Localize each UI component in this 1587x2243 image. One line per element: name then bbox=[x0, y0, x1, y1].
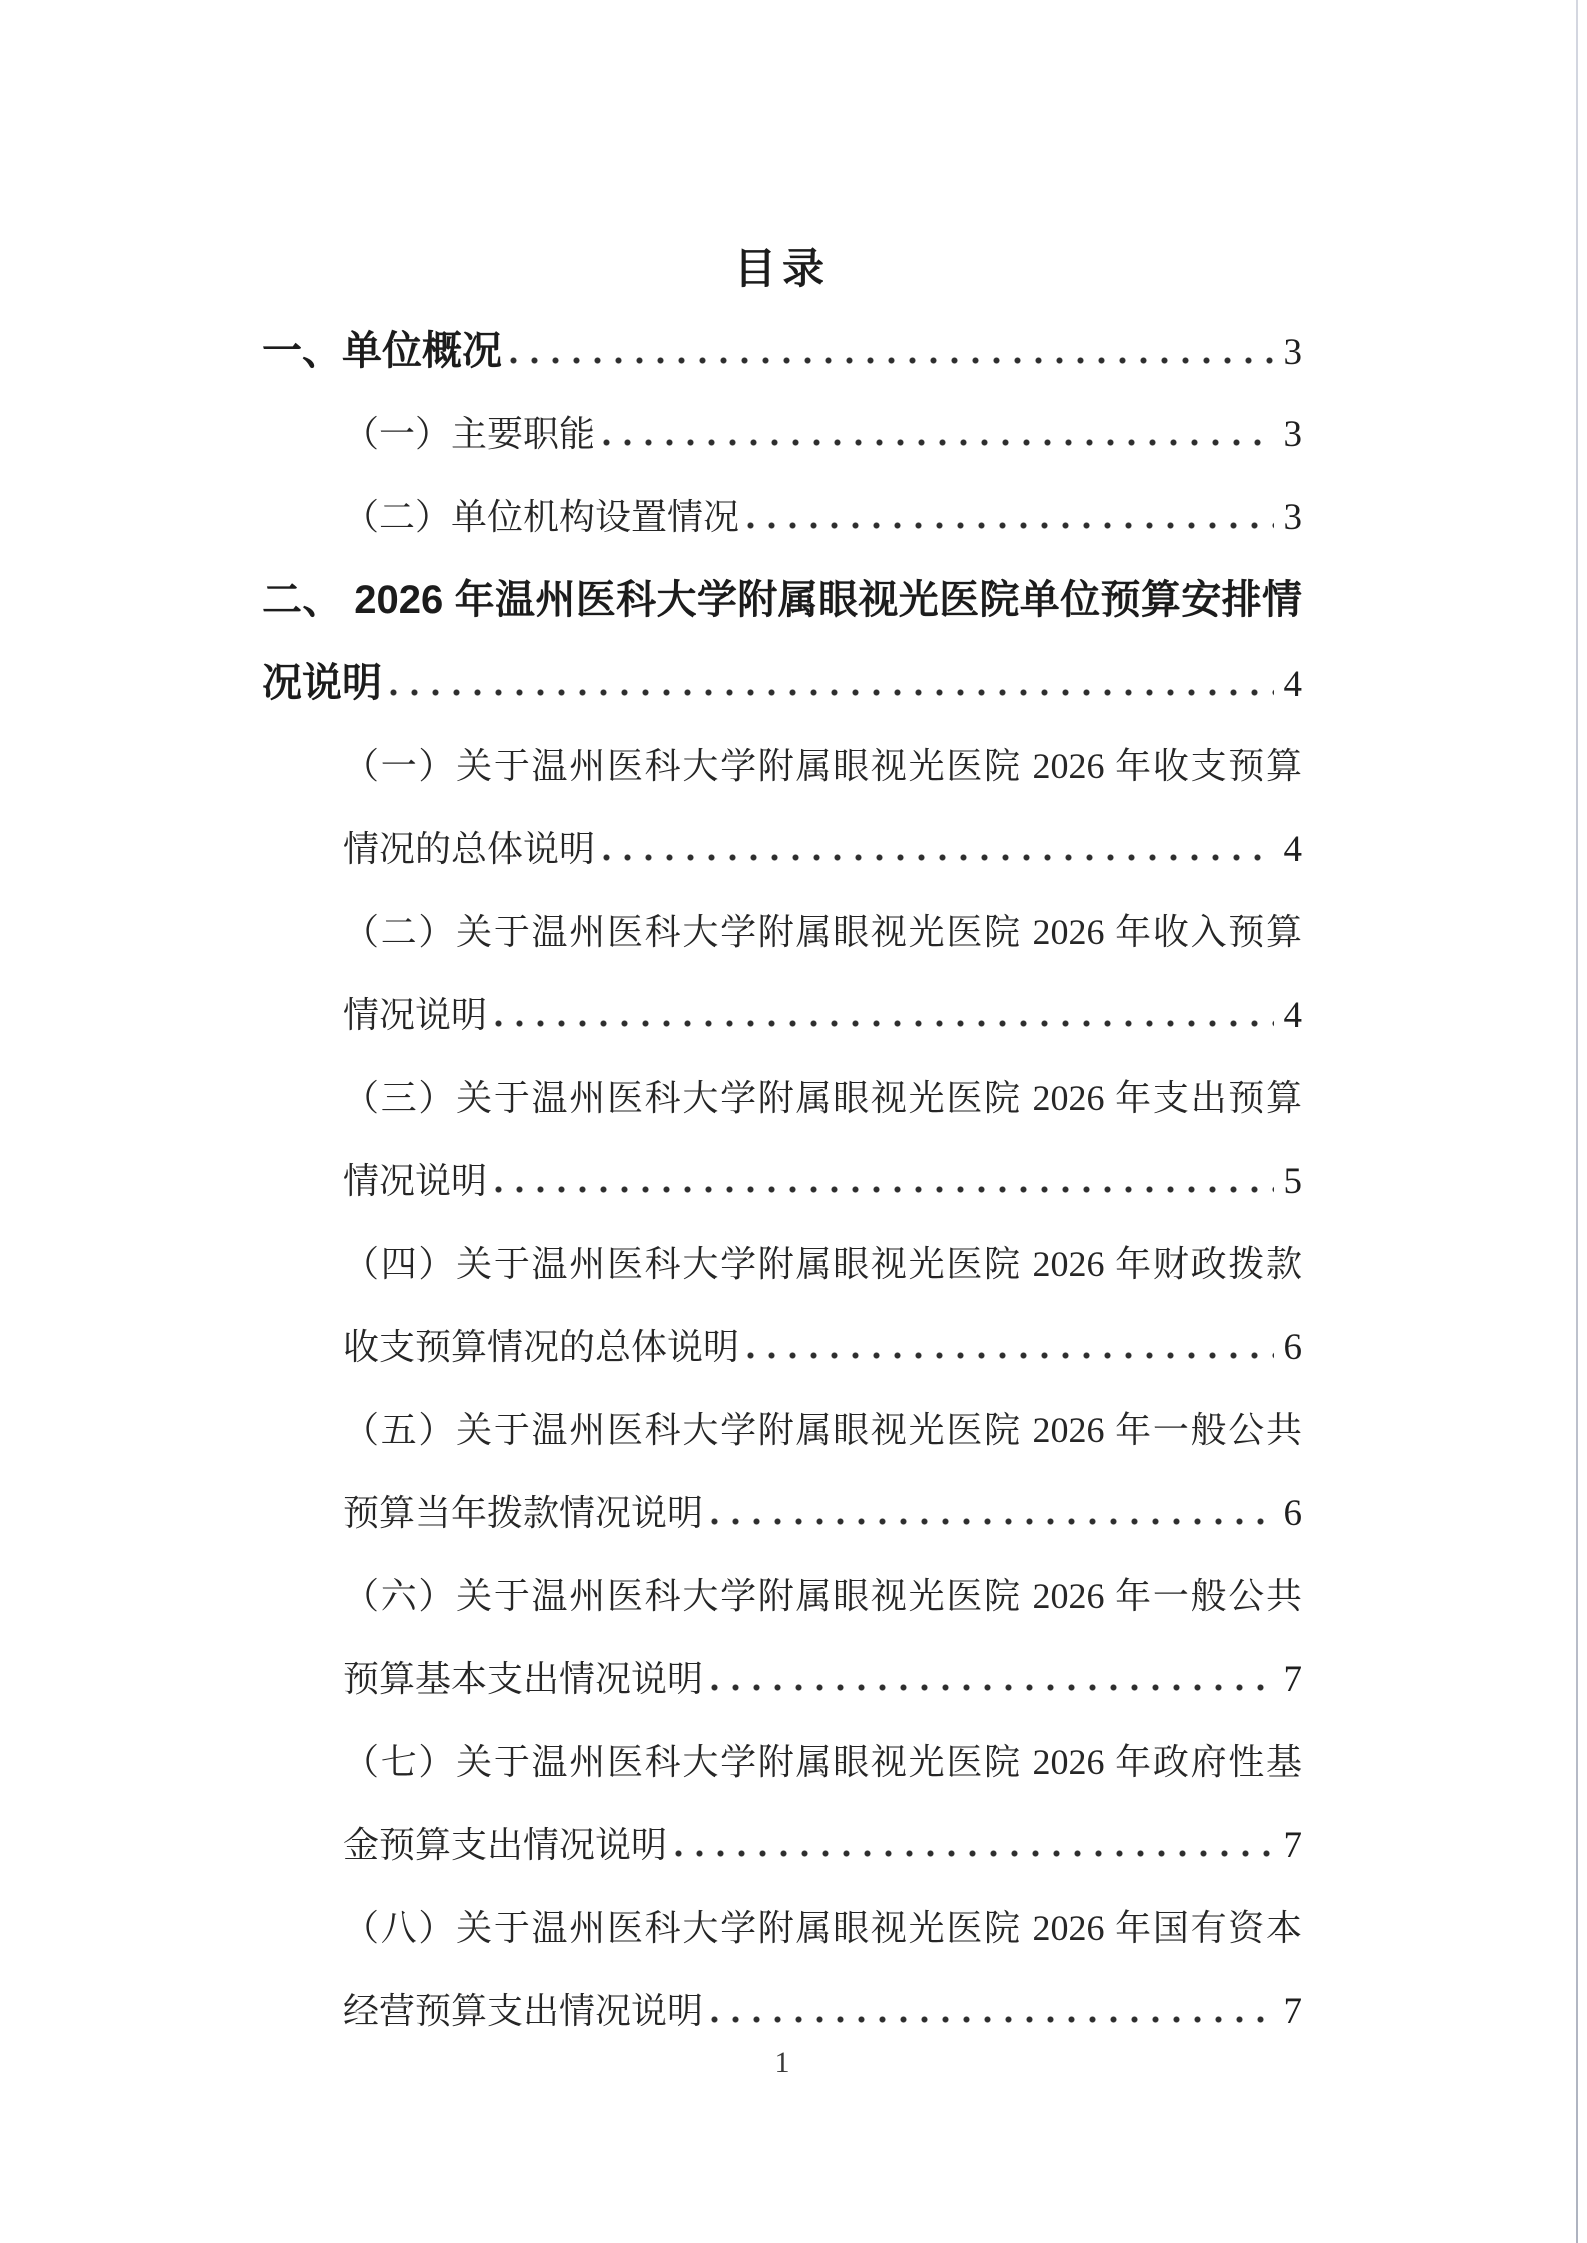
toc-entry-text: （五）关于温州医科大学附属眼视光医院 2026 年一般公共 bbox=[343, 1389, 1302, 1472]
toc-entry-text: 况说明 bbox=[262, 642, 382, 725]
toc-entry-text: 金预算支出情况说明 bbox=[343, 1804, 667, 1887]
toc-entry-text: 情况说明 bbox=[343, 1140, 487, 1223]
dot-leader bbox=[675, 1850, 1273, 1857]
toc-entry-text: 一、单位概况 bbox=[262, 310, 502, 393]
dot-leader bbox=[390, 689, 1274, 696]
toc-title: 目录 bbox=[262, 236, 1302, 296]
toc-entry-line: （二）关于温州医科大学附属眼视光医院 2026 年收入预算 bbox=[262, 891, 1302, 974]
toc-entry-line: （一）主要职能3 bbox=[262, 393, 1302, 476]
toc-entry-line: （二）单位机构设置情况3 bbox=[262, 476, 1302, 559]
toc-page-number: 4 bbox=[1284, 808, 1303, 891]
document-page: 目录 一、单位概况3（一）主要职能3（二）单位机构设置情况3二、 2026 年温… bbox=[262, 0, 1302, 2243]
toc-entry-text: （三）关于温州医科大学附属眼视光医院 2026 年支出预算 bbox=[343, 1057, 1302, 1140]
dot-leader bbox=[603, 439, 1273, 446]
dot-leader bbox=[603, 854, 1273, 861]
toc-entry-text: （四）关于温州医科大学附属眼视光医院 2026 年财政拨款 bbox=[343, 1223, 1302, 1306]
toc-entry-line: 情况说明4 bbox=[262, 974, 1302, 1057]
toc-entry-text: 经营预算支出情况说明 bbox=[343, 1970, 703, 2053]
toc-entry-line: （四）关于温州医科大学附属眼视光医院 2026 年财政拨款 bbox=[262, 1223, 1302, 1306]
dot-leader bbox=[711, 2016, 1273, 2023]
dot-leader bbox=[510, 357, 1274, 364]
toc-entry-text: （一）关于温州医科大学附属眼视光医院 2026 年收支预算 bbox=[343, 725, 1302, 808]
toc-page-number: 5 bbox=[1284, 1140, 1303, 1223]
toc-page-number: 4 bbox=[1284, 974, 1303, 1057]
footer-page-number: 1 bbox=[262, 2046, 1302, 2080]
toc-page-number: 6 bbox=[1284, 1472, 1303, 1555]
toc-entry-text: 预算基本支出情况说明 bbox=[343, 1638, 703, 1721]
toc-entry-line: （一）关于温州医科大学附属眼视光医院 2026 年收支预算 bbox=[262, 725, 1302, 808]
toc-entry-line: （六）关于温州医科大学附属眼视光医院 2026 年一般公共 bbox=[262, 1555, 1302, 1638]
toc-entry-line: （八）关于温州医科大学附属眼视光医院 2026 年国有资本 bbox=[262, 1887, 1302, 1970]
dot-leader bbox=[711, 1518, 1273, 1525]
toc-entry-line: 况说明4 bbox=[262, 642, 1302, 725]
toc-entry-text: （一）主要职能 bbox=[343, 393, 595, 476]
toc-entry-line: 情况说明5 bbox=[262, 1140, 1302, 1223]
toc-page-number: 4 bbox=[1284, 643, 1303, 726]
toc-entry-line: 一、单位概况3 bbox=[262, 310, 1302, 393]
toc-entry-line: （七）关于温州医科大学附属眼视光医院 2026 年政府性基 bbox=[262, 1721, 1302, 1804]
dot-leader bbox=[711, 1684, 1273, 1691]
dot-leader bbox=[495, 1186, 1273, 1193]
toc-entry-text: （二）关于温州医科大学附属眼视光医院 2026 年收入预算 bbox=[343, 891, 1302, 974]
toc-entry-line: 预算基本支出情况说明7 bbox=[262, 1638, 1302, 1721]
toc-page-number: 3 bbox=[1284, 393, 1303, 476]
dot-leader bbox=[747, 1352, 1273, 1359]
toc-entry-text: 二、 2026 年温州医科大学附属眼视光医院单位预算安排情 bbox=[262, 559, 1302, 642]
toc-page-number: 7 bbox=[1284, 1804, 1303, 1887]
toc-entry-line: 情况的总体说明4 bbox=[262, 808, 1302, 891]
dot-leader bbox=[495, 1020, 1273, 1027]
toc-page-number: 6 bbox=[1284, 1306, 1303, 1389]
toc-entry-line: （三）关于温州医科大学附属眼视光医院 2026 年支出预算 bbox=[262, 1057, 1302, 1140]
toc-list: 一、单位概况3（一）主要职能3（二）单位机构设置情况3二、 2026 年温州医科… bbox=[262, 310, 1302, 2053]
toc-entry-text: （二）单位机构设置情况 bbox=[343, 476, 739, 559]
toc-entry-text: 情况的总体说明 bbox=[343, 808, 595, 891]
toc-page-number: 3 bbox=[1284, 476, 1303, 559]
dot-leader bbox=[747, 522, 1273, 529]
toc-page-number: 7 bbox=[1284, 1638, 1303, 1721]
toc-entry-text: （七）关于温州医科大学附属眼视光医院 2026 年政府性基 bbox=[343, 1721, 1302, 1804]
toc-entry-line: 预算当年拨款情况说明6 bbox=[262, 1472, 1302, 1555]
toc-entry-line: 经营预算支出情况说明7 bbox=[262, 1970, 1302, 2053]
toc-entry-text: 情况说明 bbox=[343, 974, 487, 1057]
toc-entry-text: 收支预算情况的总体说明 bbox=[343, 1306, 739, 1389]
toc-page-number: 7 bbox=[1284, 1970, 1303, 2053]
toc-entry-line: （五）关于温州医科大学附属眼视光医院 2026 年一般公共 bbox=[262, 1389, 1302, 1472]
toc-entry-text: 预算当年拨款情况说明 bbox=[343, 1472, 703, 1555]
toc-entry-text: （八）关于温州医科大学附属眼视光医院 2026 年国有资本 bbox=[343, 1887, 1302, 1970]
toc-entry-line: 收支预算情况的总体说明6 bbox=[262, 1306, 1302, 1389]
page-edge-shadow bbox=[1576, 0, 1578, 2243]
toc-entry-line: 二、 2026 年温州医科大学附属眼视光医院单位预算安排情 bbox=[262, 559, 1302, 642]
toc-entry-line: 金预算支出情况说明7 bbox=[262, 1804, 1302, 1887]
toc-page-number: 3 bbox=[1284, 311, 1303, 394]
toc-entry-text: （六）关于温州医科大学附属眼视光医院 2026 年一般公共 bbox=[343, 1555, 1302, 1638]
